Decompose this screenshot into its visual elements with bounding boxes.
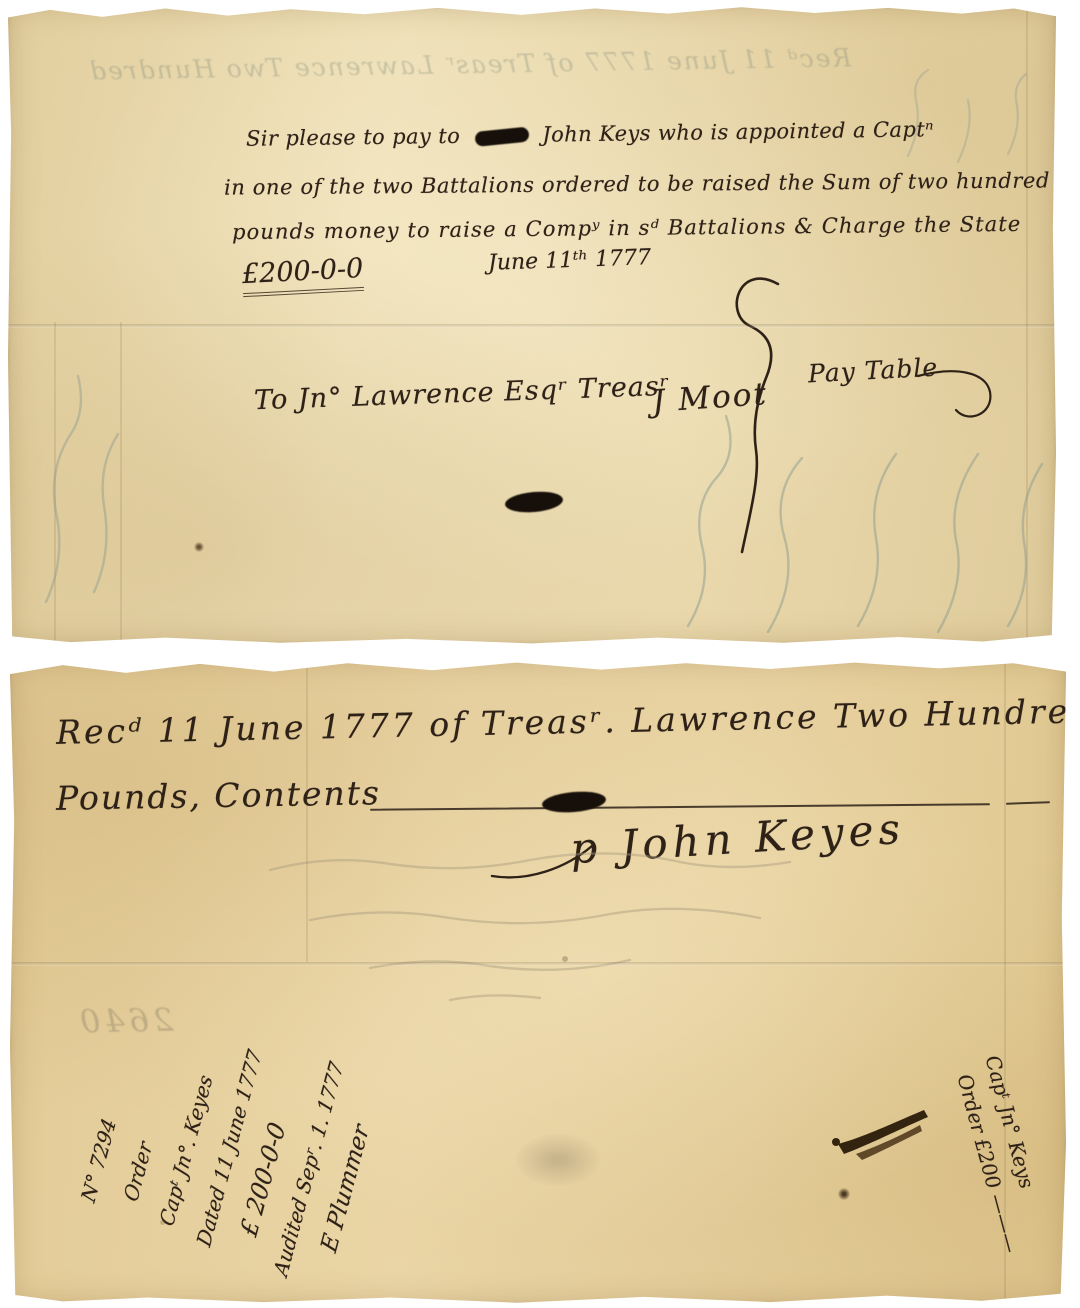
order-addressee: To Jn° Lawrence Esqʳ Treasʳ	[254, 371, 671, 417]
fold-crease-horizontal	[8, 324, 1056, 328]
bleed-through-scribbles-left	[16, 342, 126, 622]
ink-check-mark	[828, 1102, 938, 1172]
small-speck-1	[562, 956, 568, 962]
bleed-through-marks-top-right	[888, 66, 1048, 176]
order-date: June 11ᵗʰ 1777	[488, 245, 652, 276]
dark-dot	[838, 1188, 850, 1200]
order-line-1-pre: Sir please to pay to	[246, 124, 460, 151]
side-note-block: Capᵗ Jn° Keys Order £200 ———	[938, 1008, 1066, 1300]
stain-smudge	[516, 1134, 600, 1186]
bleed-through-text-top: Recᵈ 11 June 1777 of Treasʳ Lawrence Two…	[88, 43, 852, 85]
small-speck-2	[160, 1220, 165, 1225]
order-line-1: Sir please to pay to John Keys who is ap…	[246, 117, 934, 151]
bleed-through-scribbles-right	[648, 346, 1048, 636]
receipt-rule-line-short	[1006, 801, 1050, 805]
order-line-3: pounds money to raise a Compʸ in sᵈ Batt…	[232, 212, 1022, 244]
order-line-1-post: John Keys who is appointed a Captⁿ	[542, 117, 934, 146]
receipt-document: Recᵈ 11 June 1777 of Treasʳ. Lawrence Tw…	[10, 660, 1066, 1304]
order-amount-value: £200-0-0	[241, 253, 364, 297]
order-amount: £200-0-0	[241, 253, 364, 290]
paper-speck	[194, 542, 204, 552]
endorsement-block: N° 7294 Order Capᵗ Jn°. Keyes Dated 11 J…	[18, 980, 446, 1298]
pay-order-document: Recᵈ 11 June 1777 of Treasʳ Lawrence Two…	[8, 6, 1056, 644]
ink-blot-top-sheet	[504, 490, 564, 515]
fold-crease-vertical-5	[306, 664, 308, 962]
crossed-out-word-blot	[475, 127, 530, 147]
receipt-line-1: Recᵈ 11 June 1777 of Treasʳ. Lawrence Tw…	[56, 691, 1080, 752]
fold-crease-horizontal-2	[10, 962, 1066, 966]
